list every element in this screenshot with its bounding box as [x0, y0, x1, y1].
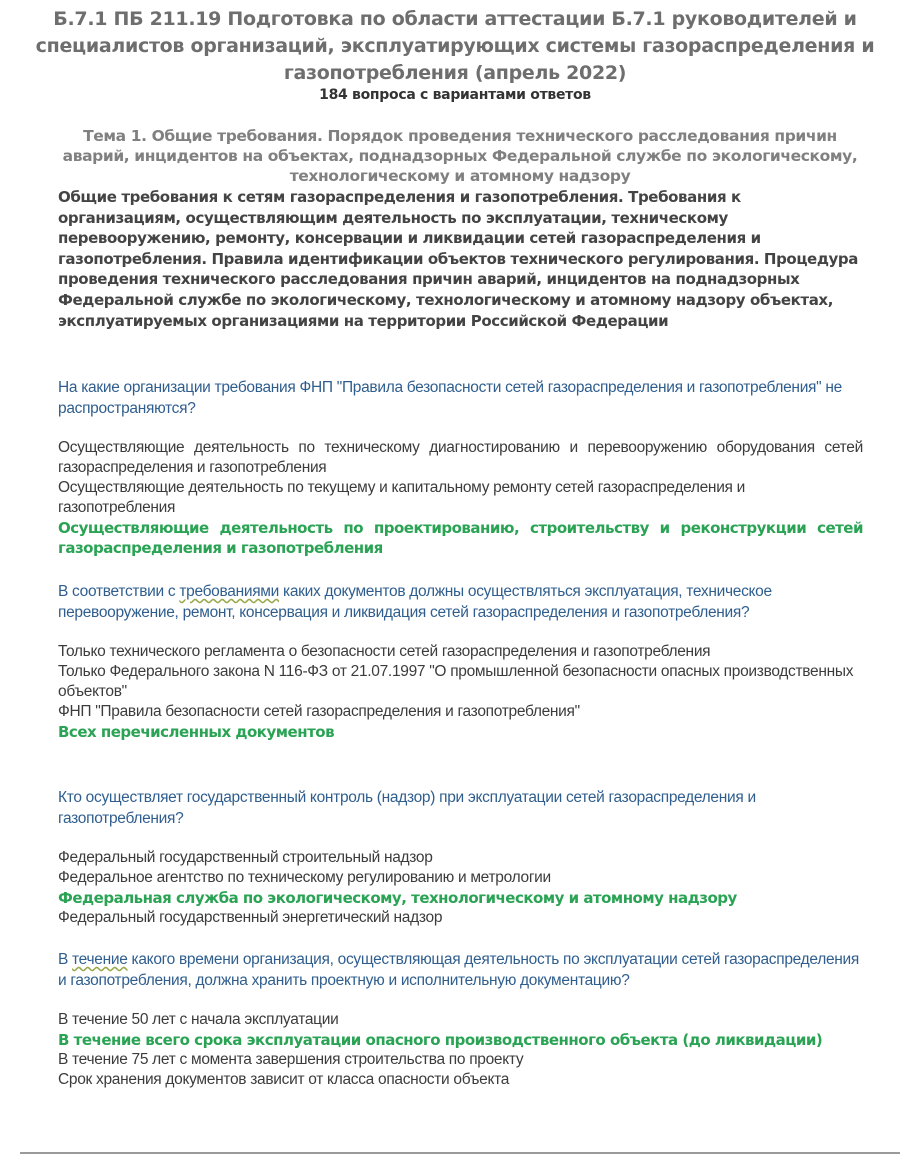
topic-description: Общие требования к сетям газораспределен… [58, 187, 858, 331]
answer-option: Срок хранения документов зависит от клас… [58, 1070, 863, 1090]
question-text: В соответствии с требованиями каких доку… [58, 582, 863, 623]
page-divider [20, 1152, 900, 1154]
answer-option-correct: Осуществляющие деятельность по проектиро… [58, 518, 863, 558]
question-text-rest: какого времени организация, осуществляющ… [58, 951, 859, 989]
answer-option-correct: Всех перечисленных документов [58, 722, 863, 742]
answer-option: Осуществляющие деятельность по техническ… [58, 438, 863, 478]
answer-list: Только технического регламента о безопас… [58, 642, 863, 742]
question-block-3: Кто осуществляет государственный контрол… [58, 788, 863, 928]
answer-option-correct: В течение всего срока эксплуатации опасн… [58, 1030, 863, 1050]
question-block-4: В течение какого времени организация, ос… [58, 950, 863, 1090]
answer-option-correct: Федеральная служба по экологическому, те… [58, 888, 863, 908]
spellcheck-word: течение [72, 951, 127, 968]
question-text-pre: В [58, 951, 72, 968]
answer-option: Федеральный государственный энергетическ… [58, 908, 863, 928]
question-block-1: На какие организации требования ФНП "Пра… [58, 378, 863, 558]
answer-option: Федеральное агентство по техническому ре… [58, 868, 863, 888]
topic-title: Тема 1. Общие требования. Порядок провед… [55, 126, 865, 186]
answer-option: Федеральный государственный строительный… [58, 848, 863, 868]
answer-list: В течение 50 лет с начала эксплуатации В… [58, 1010, 863, 1090]
document-title: Б.7.1 ПБ 211.19 Подготовка по области ат… [20, 6, 890, 87]
question-text: На какие организации требования ФНП "Пра… [58, 378, 863, 419]
document-subtitle: 184 вопроса с вариантами ответов [0, 87, 910, 103]
spellcheck-word: требованиями [179, 583, 279, 600]
answer-option: В течение 50 лет с начала эксплуатации [58, 1010, 863, 1030]
answer-list: Осуществляющие деятельность по техническ… [58, 438, 863, 558]
answer-list: Федеральный государственный строительный… [58, 848, 863, 928]
question-text: В течение какого времени организация, ос… [58, 950, 863, 991]
answer-option: В течение 75 лет с момента завершения ст… [58, 1050, 863, 1070]
answer-option: Только Федерального закона N 116-ФЗ от 2… [58, 662, 863, 702]
question-text: Кто осуществляет государственный контрол… [58, 788, 863, 829]
answer-option: Только технического регламента о безопас… [58, 642, 863, 662]
question-text-pre: В соответствии с [58, 583, 179, 600]
answer-option: Осуществляющие деятельность по текущему … [58, 478, 863, 518]
answer-option: ФНП "Правила безопасности сетей газорасп… [58, 702, 863, 722]
question-block-2: В соответствии с требованиями каких доку… [58, 582, 863, 742]
